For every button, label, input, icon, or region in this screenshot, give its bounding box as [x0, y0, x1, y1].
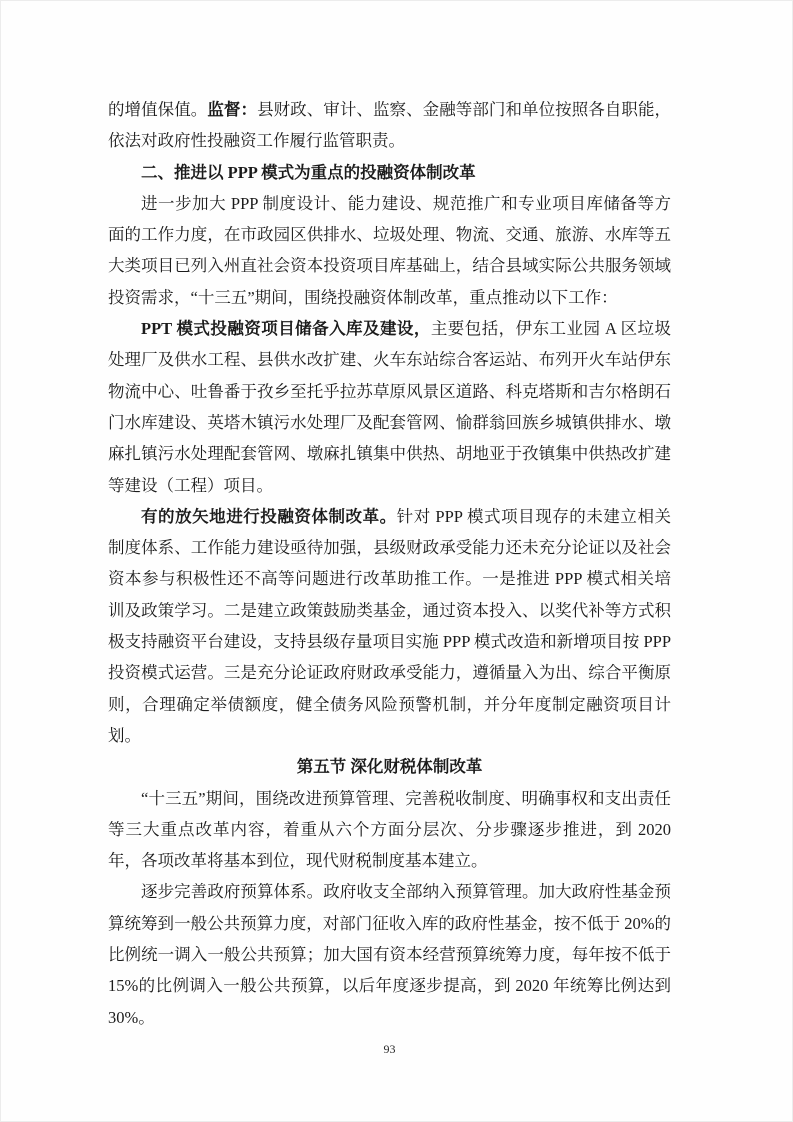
paragraph-fiscal-intro: “十三五”期间，围绕改进预算管理、完善税收制度、明确事权和支出责任等三大重点改革…: [108, 783, 671, 877]
paragraph-continuation: 的增值保值。监督：县财政、审计、监察、金融等部门和单位按照各自职能，依法对政府性…: [108, 94, 671, 157]
paragraph-text: 针对 PPP 模式项目现存的未建立相关制度体系、工作能力建设亟待加强，县级财政承…: [108, 507, 671, 745]
bold-lead-targeted-reform: 有的放矢地进行投融资体制改革。: [141, 507, 397, 526]
paragraph-text: 的增值保值。: [108, 100, 207, 119]
paragraph-ppp-reform-measures: 有的放矢地进行投融资体制改革。针对 PPP 模式项目现存的未建立相关制度体系、工…: [108, 501, 671, 751]
heading-ppp-reform: 二、推进以 PPP 模式为重点的投融资体制改革: [108, 157, 671, 188]
bold-lead-ppp-projects: PPT 模式投融资项目储备入库及建设，: [141, 319, 431, 338]
bold-run-supervision: 监督：: [207, 100, 257, 119]
paragraph-budget-system: 逐步完善政府预算体系。政府收支全部纳入预算管理。加大政府性基金预算统筹到一般公共…: [108, 876, 671, 1032]
paragraph-ppp-intro: 进一步加大 PPP 制度设计、能力建设、规范推广和专业项目库储备等方面的工作力度…: [108, 188, 671, 313]
heading-section-five: 第五节 深化财税体制改革: [108, 751, 671, 782]
document-body: 的增值保值。监督：县财政、审计、监察、金融等部门和单位按照各自职能，依法对政府性…: [108, 94, 671, 1033]
paragraph-ppp-projects: PPT 模式投融资项目储备入库及建设，主要包括，伊东工业园 A 区垃圾处理厂及供…: [108, 313, 671, 501]
document-page: 的增值保值。监督：县财政、审计、监察、金融等部门和单位按照各自职能，依法对政府性…: [0, 0, 793, 1122]
paragraph-text: 主要包括，伊东工业园 A 区垃圾处理厂及供水工程、县供水改扩建、火车东站综合客运…: [108, 319, 671, 494]
page-number: 93: [108, 1042, 671, 1057]
